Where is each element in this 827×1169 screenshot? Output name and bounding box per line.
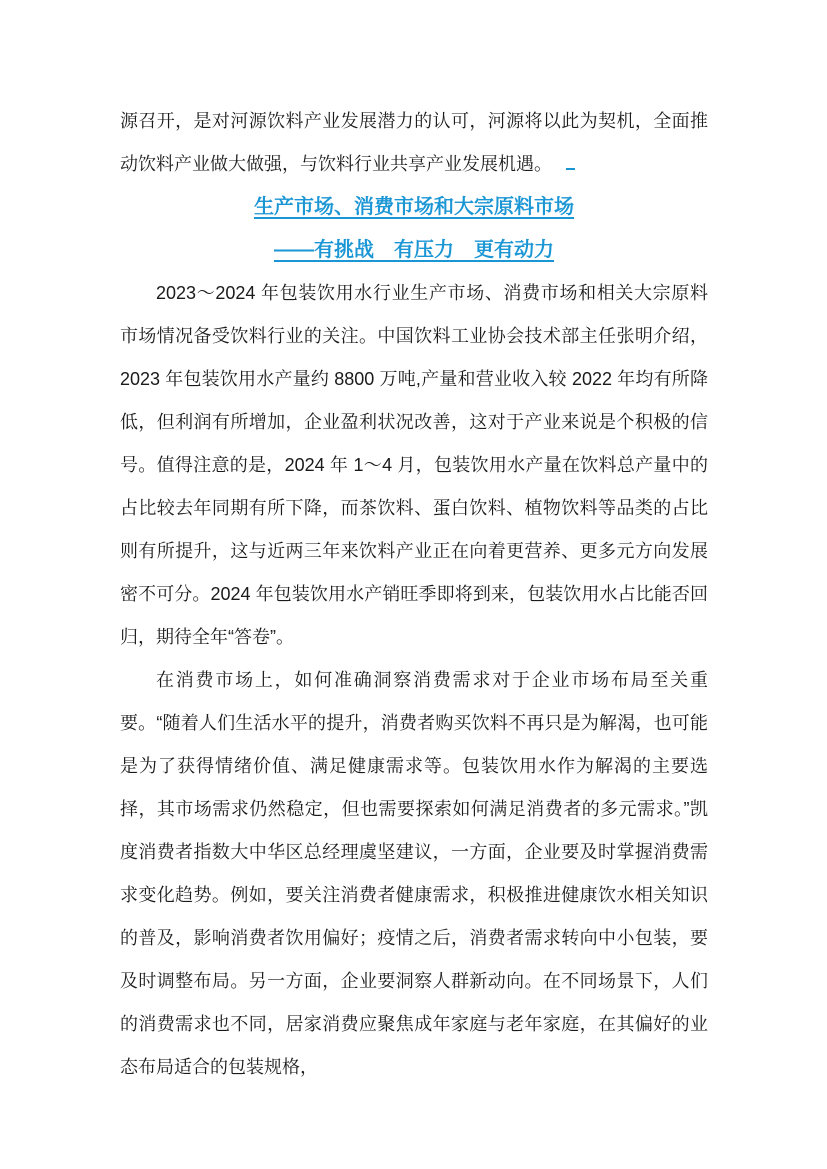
document-page: 源召开，是对河源饮料产业发展潜力的认可，河源将以此为契机，全面推动饮料产业做大做… [0, 0, 827, 1169]
section-heading-line2: ——有挑战 有压力 更有动力 [120, 229, 708, 272]
paragraph-production-market: 2023～2024 年包装饮用水行业生产市场、消费市场和相关大宗原料市场情况备受… [120, 272, 708, 659]
paragraph-consumer-market: 在消费市场上，如何准确洞察消费需求对于企业市场布局至关重要。“随着人们生活水平的… [120, 659, 708, 1089]
paragraph-continuation-text: 源召开，是对河源饮料产业发展潜力的认可，河源将以此为契机，全面推动饮料产业做大做… [120, 111, 708, 174]
hyperlink-anchor-mark [566, 168, 575, 170]
paragraph-continuation: 源召开，是对河源饮料产业发展潜力的认可，河源将以此为契机，全面推动饮料产业做大做… [120, 100, 708, 186]
section-heading-line1: 生产市场、消费市场和大宗原料市场 [120, 186, 708, 229]
